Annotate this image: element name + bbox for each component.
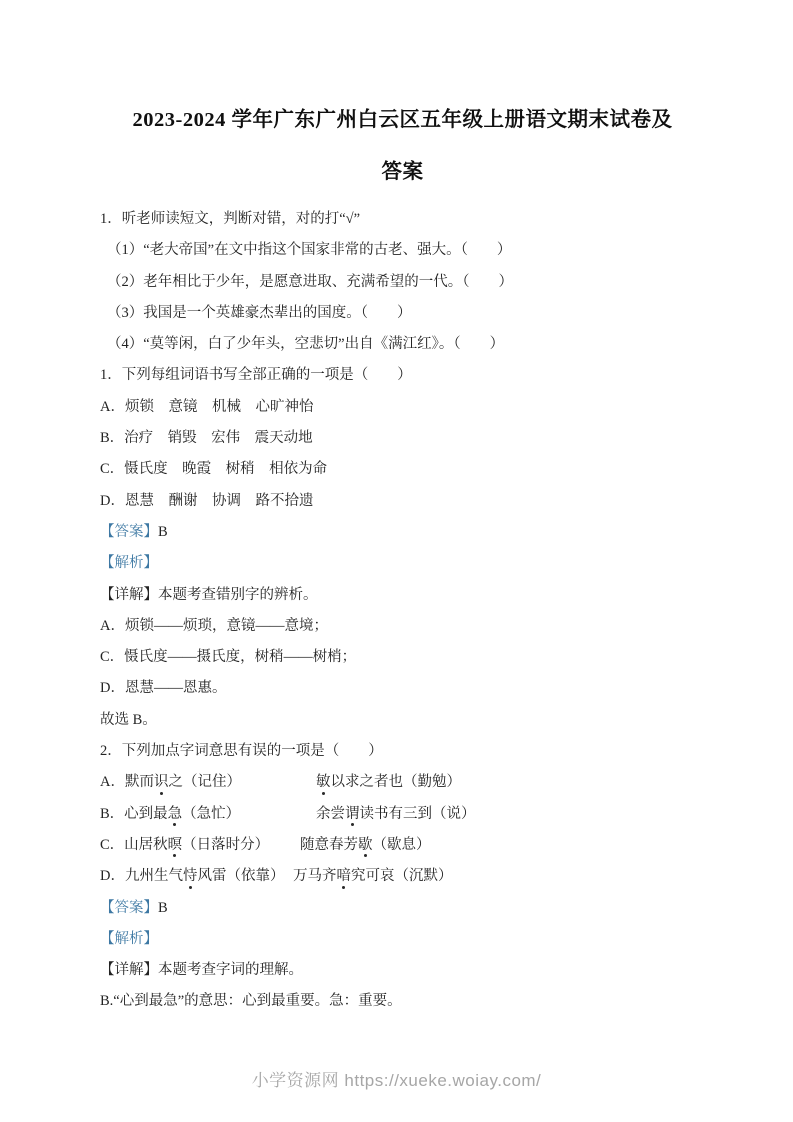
listening-item-1: （1）“老大帝国”在文中指这个国家非常的古老、强大。（ ） (100, 235, 705, 266)
document-body: 2023-2024 学年广东广州白云区五年级上册语文期末试卷及 答案 1．听老师… (0, 0, 793, 1018)
answer-label: 【答案】 (100, 524, 158, 540)
q2-option-d-left: D．九州生气恃风雷（依靠） (100, 861, 293, 892)
listening-item-4: （4）“莫等闲，白了少年头，空悲切”出自《满江红》。（ ） (100, 329, 705, 360)
q1-answer-line: 【答案】B (100, 517, 705, 548)
listening-question-heading: 1．听老师读短文，判断对错，对的打“√” (100, 204, 705, 235)
q2-row-a: A．默而识之（记住） 敏以求之者也（勤勉） (100, 767, 705, 798)
analysis-label: 【解析】 (100, 931, 158, 947)
listening-item-3: （3）我国是一个英雄豪杰辈出的国度。（ ） (100, 298, 705, 329)
title-line-2: 答案 (100, 146, 705, 198)
q2-detail-line-b: B.“心到最急”的意思：心到最重要。急：重要。 (100, 986, 705, 1017)
q1-stem: 1．下列每组词语书写全部正确的一项是（ ） (100, 360, 705, 391)
q2-row-d: D．九州生气恃风雷（依靠） 万马齐喑究可哀（沉默） (100, 861, 705, 892)
document-page: 2023-2024 学年广东广州白云区五年级上册语文期末试卷及 答案 1．听老师… (0, 0, 793, 1122)
footer-text: 小学资源网 https://xueke.woiay.com/ (252, 1071, 542, 1090)
q2-option-c-left: C．山居秋暝（日落时分） (100, 830, 300, 861)
q1-option-c: C．慑氏度 晚霞 树稍 相依为命 (100, 454, 705, 485)
q2-option-b-right: 余尝谓读书有三到（说） (316, 799, 476, 830)
q2-row-b: B．心到最急（急忙） 余尝谓读书有三到（说） (100, 799, 705, 830)
q2-stem: 2．下列加点字词意思有误的一项是（ ） (100, 736, 705, 767)
q2-option-b-left: B．心到最急（急忙） (100, 799, 316, 830)
q1-detail-line-a: A．烦锁——烦琐，意镜——意境； (100, 611, 705, 642)
analysis-label: 【解析】 (100, 555, 158, 571)
answer-value: B (158, 900, 168, 916)
q2-answer-line: 【答案】B (100, 893, 705, 924)
q2-row-c: C．山居秋暝（日落时分） 随意春芳歇（歇息） (100, 830, 705, 861)
q2-analysis-line: 【解析】 (100, 924, 705, 955)
listening-item-2: （2）老年相比于少年，是愿意进取、充满希望的一代。（ ） (100, 267, 705, 298)
q2-option-a-left: A．默而识之（记住） (100, 767, 316, 798)
answer-label: 【答案】 (100, 900, 158, 916)
q2-detail-heading: 【详解】本题考查字词的理解。 (100, 955, 705, 986)
q2-option-a-right: 敏以求之者也（勤勉） (316, 767, 461, 798)
q1-option-a: A．烦锁 意镜 机械 心旷神怡 (100, 392, 705, 423)
q1-option-d: D．恩慧 酬谢 协调 路不拾遗 (100, 486, 705, 517)
q1-conclusion: 故选 B。 (100, 705, 705, 736)
q1-detail-line-c: C．慑氏度——摄氏度，树稍——树梢； (100, 642, 705, 673)
page-title: 2023-2024 学年广东广州白云区五年级上册语文期末试卷及 答案 (100, 94, 705, 198)
q1-detail-line-d: D．恩慧——恩惠。 (100, 673, 705, 704)
answer-value: B (158, 524, 168, 540)
q1-analysis-line: 【解析】 (100, 548, 705, 579)
page-footer: 小学资源网 https://xueke.woiay.com/ (0, 1066, 793, 1091)
q1-detail-heading: 【详解】本题考查错别字的辨析。 (100, 580, 705, 611)
q2-option-d-right: 万马齐喑究可哀（沉默） (293, 861, 453, 892)
document-content: 1．听老师读短文，判断对错，对的打“√” （1）“老大帝国”在文中指这个国家非常… (100, 204, 705, 1018)
title-line-1: 2023-2024 学年广东广州白云区五年级上册语文期末试卷及 (100, 94, 705, 146)
q2-option-c-right: 随意春芳歇（歇息） (300, 830, 431, 861)
q1-option-b: B．治疗 销毁 宏伟 震天动地 (100, 423, 705, 454)
